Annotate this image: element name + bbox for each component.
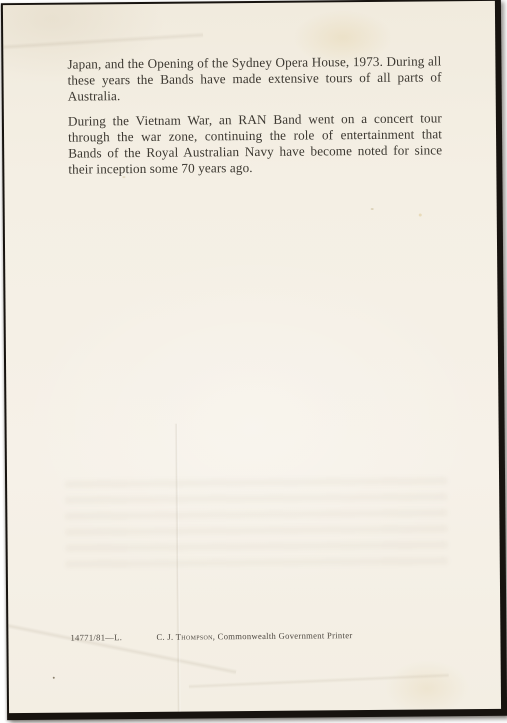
paper-speck <box>419 214 422 217</box>
paper-page: Japan, and the Opening of the Sydney Ope… <box>3 1 501 713</box>
scan-canvas: Japan, and the Opening of the Sydney Ope… <box>0 0 507 723</box>
page-text: Japan, and the Opening of the Sydney Ope… <box>67 53 442 186</box>
paper-crease <box>3 32 203 51</box>
paper-crease <box>175 424 182 713</box>
paper-speck <box>371 208 374 210</box>
reverse-side-show-through <box>65 477 448 572</box>
paragraph: Japan, and the Opening of the Sydney Ope… <box>67 53 441 105</box>
printer-title: Commonwealth Government Printer <box>218 630 353 641</box>
paper-speck <box>53 677 55 679</box>
paper-crease <box>189 673 449 689</box>
paragraph: During the Vietnam War, an RAN Band went… <box>68 110 443 178</box>
printer-imprint: 14771/81—L.C. J. Thompson, Commonwealth … <box>70 629 470 642</box>
printer-credit: C. J. Thompson, Commonwealth Government … <box>156 630 352 642</box>
printer-name: C. J. Thompson, <box>156 631 215 642</box>
paper-crease <box>3 619 237 675</box>
scanned-page-photo: Japan, and the Opening of the Sydney Ope… <box>1 0 507 720</box>
print-code: 14771/81—L. <box>70 632 156 643</box>
